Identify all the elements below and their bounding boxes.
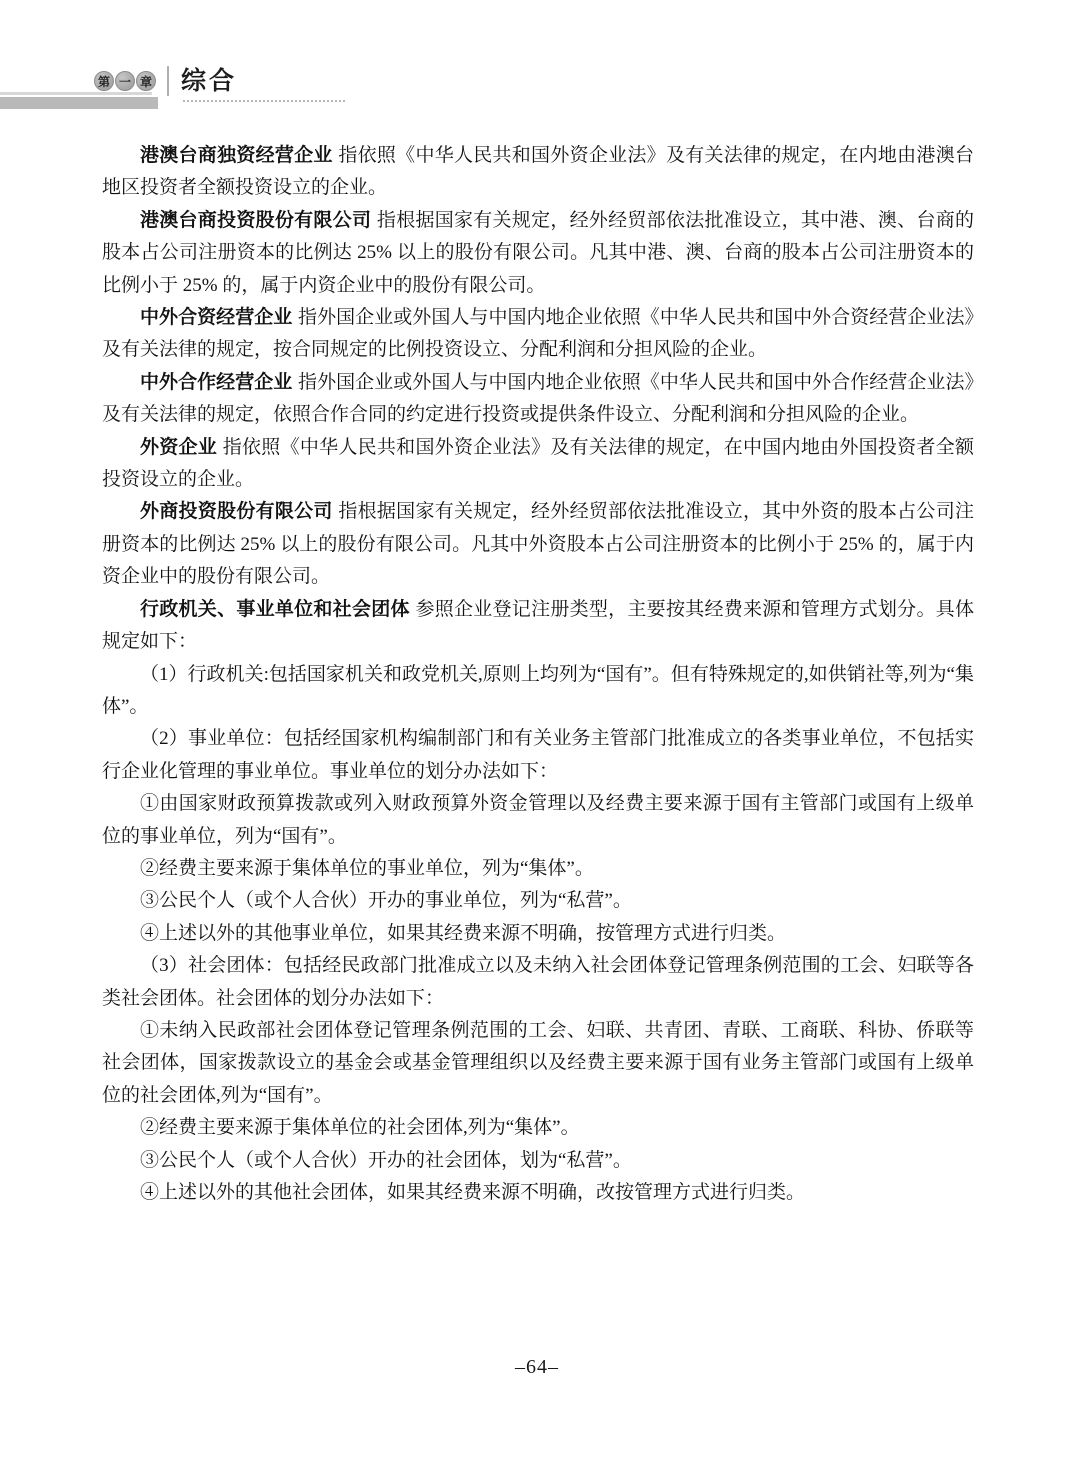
paragraph-list-item: ④上述以外的其他事业单位，如果其经费来源不明确，按管理方式进行归类。 (102, 918, 974, 950)
definition-term: 行政机关、事业单位和社会团体 (140, 599, 410, 620)
paragraph-list-item: ①由国家财政预算拨款或列入财政预算外资金管理以及经费主要来源于国有主管部门或国有… (102, 788, 974, 853)
paragraph-list-item: ①未纳入民政部社会团体登记管理条例范围的工会、妇联、共青团、青联、工商联、科协、… (102, 1015, 974, 1112)
paragraph-definition: 行政机关、事业单位和社会团体参照企业登记注册类型，主要按其经费来源和管理方式划分… (102, 594, 974, 659)
paragraph-definition: 外商投资股份有限公司指根据国家有关规定，经外经贸部依法批准设立，其中外资的股本占… (102, 496, 974, 593)
paragraph-text: （1）行政机关:包括国家机关和政党机关,原则上均列为“国有”。但有特殊规定的,如… (102, 664, 974, 717)
paragraph-list-item: ③公民个人（或个人合伙）开办的事业单位，列为“私营”。 (102, 885, 974, 917)
paragraph-list-item: ③公民个人（或个人合伙）开办的社会团体，划为“私营”。 (102, 1145, 974, 1177)
chapter-badge: 第 一 章 (94, 71, 157, 91)
paragraph-definition: 中外合资经营企业指外国企业或外国人与中国内地企业依照《中华人民共和国中外合资经营… (102, 302, 974, 367)
paragraph-list-item: ④上述以外的其他社会团体，如果其经费来源不明确，改按管理方式进行归类。 (102, 1177, 974, 1209)
title-dotted-underline (183, 100, 345, 102)
header-divider (167, 66, 169, 96)
paragraph-definition: 中外合作经营企业指外国企业或外国人与中国内地企业依照《中华人民共和国中外合作经营… (102, 367, 974, 432)
chapter-badge-char-3: 章 (136, 71, 156, 91)
header-accent-bar (0, 97, 158, 109)
definition-term: 港澳台商投资股份有限公司 (140, 210, 371, 231)
body-text: 港澳台商独资经营企业指依照《中华人民共和国外资企业法》及有关法律的规定，在内地由… (102, 140, 974, 1209)
document-page: 第 一 章 综合 港澳台商独资经营企业指依照《中华人民共和国外资企业法》及有关法… (0, 0, 1074, 1458)
definition-term: 外资企业 (140, 437, 217, 458)
definition-term: 港澳台商独资经营企业 (140, 145, 333, 166)
title-block: 综合 (181, 67, 237, 95)
paragraph-text: ④上述以外的其他社会团体，如果其经费来源不明确，改按管理方式进行归类。 (140, 1182, 805, 1203)
paragraph-list-item: （2）事业单位：包括经国家机构编制部门和有关业务主管部门批准成立的各类事业单位，… (102, 723, 974, 788)
paragraph-text: 指依照《中华人民共和国外资企业法》及有关法律的规定，在中国内地由外国投资者全额投… (102, 437, 974, 490)
paragraph-text: ③公民个人（或个人合伙）开办的社会团体，划为“私营”。 (140, 1150, 632, 1171)
definition-term: 外商投资股份有限公司 (140, 501, 333, 522)
paragraph-definition: 港澳台商投资股份有限公司指根据国家有关规定，经外经贸部依法批准设立，其中港、澳、… (102, 205, 974, 302)
paragraph-list-item: ②经费主要来源于集体单位的事业单位，列为“集体”。 (102, 853, 974, 885)
paragraph-text: ③公民个人（或个人合伙）开办的事业单位，列为“私营”。 (140, 890, 632, 911)
paragraph-text: ①由国家财政预算拨款或列入财政预算外资金管理以及经费主要来源于国有主管部门或国有… (102, 793, 974, 846)
paragraph-list-item: （1）行政机关:包括国家机关和政党机关,原则上均列为“国有”。但有特殊规定的,如… (102, 659, 974, 724)
paragraph-text: ①未纳入民政部社会团体登记管理条例范围的工会、妇联、共青团、青联、工商联、科协、… (102, 1020, 974, 1106)
chapter-title: 综合 (181, 67, 237, 95)
paragraph-text: （2）事业单位：包括经国家机构编制部门和有关业务主管部门批准成立的各类事业单位，… (102, 728, 974, 781)
chapter-badge-char-1: 第 (94, 71, 114, 91)
definition-term: 中外合资经营企业 (140, 307, 292, 328)
paragraph-text: （3）社会团体：包括经民政部门批准成立以及未纳入社会团体登记管理条例范围的工会、… (102, 955, 974, 1008)
paragraph-definition: 外资企业指依照《中华人民共和国外资企业法》及有关法律的规定，在中国内地由外国投资… (102, 432, 974, 497)
paragraph-list-item: ②经费主要来源于集体单位的社会团体,列为“集体”。 (102, 1112, 974, 1144)
paragraph-text: ②经费主要来源于集体单位的事业单位，列为“集体”。 (140, 858, 594, 879)
paragraph-text: ④上述以外的其他事业单位，如果其经费来源不明确，按管理方式进行归类。 (140, 923, 786, 944)
definition-term: 中外合作经营企业 (140, 372, 292, 393)
chapter-badge-char-2: 一 (115, 71, 135, 91)
header-accent-bar-light (0, 92, 152, 95)
paragraph-list-item: （3）社会团体：包括经民政部门批准成立以及未纳入社会团体登记管理条例范围的工会、… (102, 950, 974, 1015)
page-number: –64– (0, 1356, 1074, 1379)
paragraph-text: ②经费主要来源于集体单位的社会团体,列为“集体”。 (140, 1117, 580, 1138)
paragraph-definition: 港澳台商独资经营企业指依照《中华人民共和国外资企业法》及有关法律的规定，在内地由… (102, 140, 974, 205)
